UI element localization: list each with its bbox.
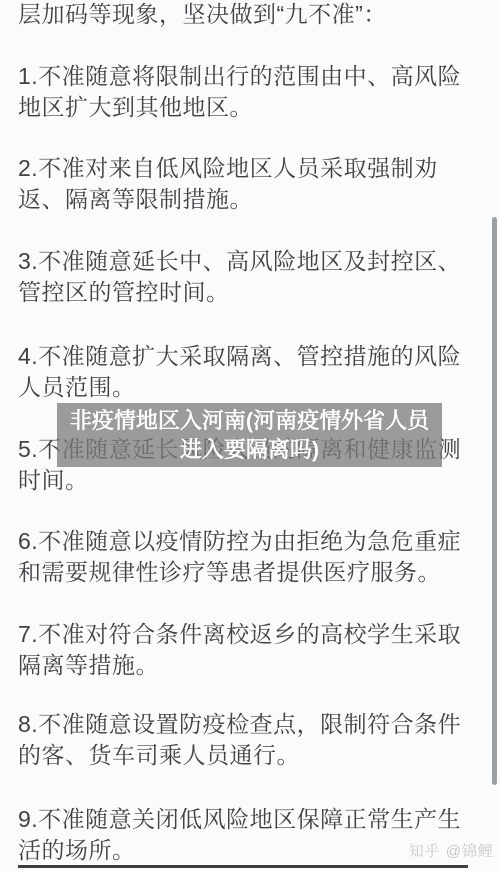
zhihu-watermark: 知乎 @锦鲤 — [409, 840, 494, 861]
rule-item-3: 3.不准随意延长中、高风险地区及封控区、 管控区的管控时间。 — [18, 246, 464, 308]
rule-item-2: 2.不准对来自低风险地区人员采取强制劝 返、隔离等限制措施。 — [18, 153, 464, 215]
rule-item-6: 6.不准随意以疫情防控为由拒绝为急危重症 和需要规律性诊疗等患者提供医疗服务。 — [18, 526, 464, 588]
caption-overlay: 非疫情地区入河南(河南疫情外省人员 进入要隔离吗) — [57, 403, 442, 467]
rule-item-4: 4.不准随意扩大采取隔离、管控措施的风险 人员范围。 — [18, 341, 464, 403]
intro-line: 层加码等现象，坚决做到“九不准”： — [18, 0, 464, 30]
scrollbar-thumb[interactable] — [492, 217, 497, 785]
rule-item-9: 9.不准随意关闭低风险地区保障正常生产生 活的场所。 — [18, 804, 464, 866]
rule-item-7: 7.不准对符合条件离校返乡的高校学生采取 隔离等措施。 — [18, 619, 464, 681]
bottom-divider — [18, 865, 468, 868]
rule-item-8: 8.不准随意设置防疫检查点，限制符合条件 的客、货车司乘人员通行。 — [18, 709, 464, 771]
caption-text: 非疫情地区入河南(河南疫情外省人员 进入要隔离吗) — [70, 406, 429, 464]
rule-item-1: 1.不准随意将限制出行的范围由中、高风险 地区扩大到其他地区。 — [18, 61, 464, 123]
